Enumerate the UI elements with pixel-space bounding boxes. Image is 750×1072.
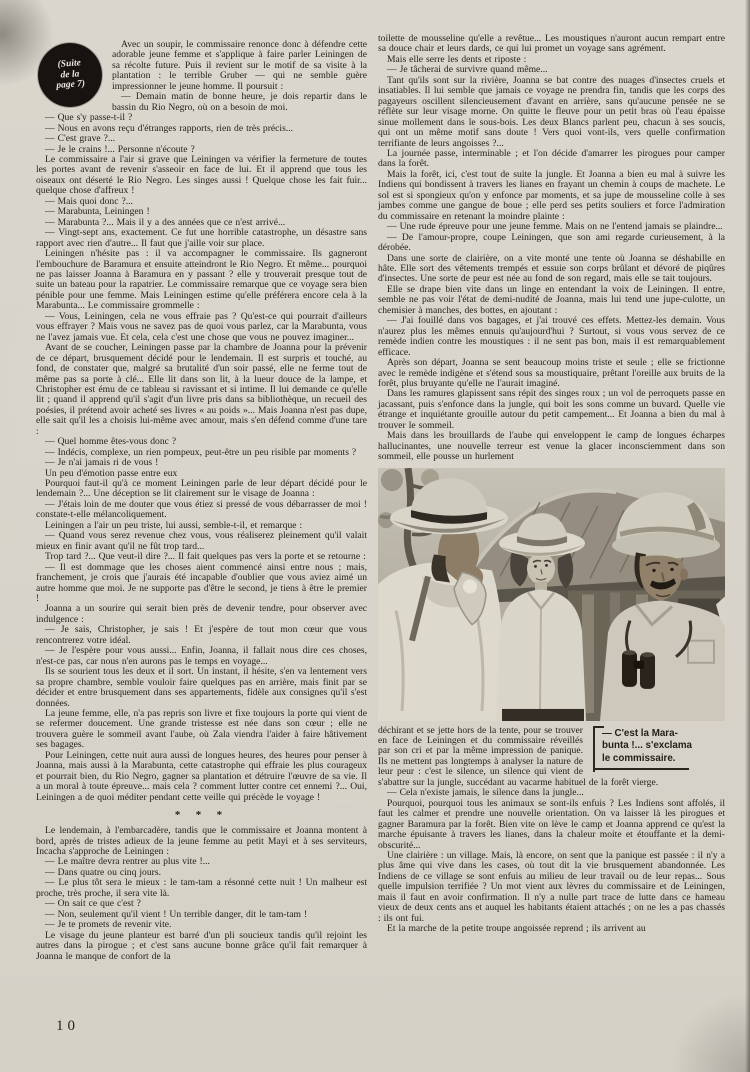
below-photo-block: — C'est la Mara-bunta !... s'exclamale c… <box>378 726 725 789</box>
paragraph: Tant qu'ils sont sur la rivière, Joanna … <box>378 76 725 149</box>
paragraph: La jeune femme, elle, n'a pas repris son… <box>36 709 367 751</box>
paragraph: Et la marche de la petite troupe angoiss… <box>378 924 725 934</box>
paragraph: Elle se drape bien vite dans un linge en… <box>378 285 725 316</box>
left-column: (Suitede lapage 7) Avec un soupir, le co… <box>36 40 367 962</box>
badge-line: (Suite <box>55 58 84 70</box>
caption-lines: — C'est la Mara-bunta !... s'exclamale c… <box>602 728 722 766</box>
paragraph: — Quand vous serez revenue chez vous, vo… <box>36 531 367 552</box>
paragraph: Mais la forêt, ici, c'est tout de suite … <box>378 170 725 222</box>
caption-line: bunta !... s'exclama <box>602 740 722 753</box>
paragraph: — Je l'espère pour vous aussi... Enfin, … <box>36 646 367 667</box>
jungle-explorers-photo <box>378 468 725 721</box>
paragraph: La journée passe, interminable ; et l'on… <box>378 149 725 170</box>
paragraph: — J'étais loin de me douter que vous éti… <box>36 500 367 521</box>
photo-left-man <box>378 478 508 721</box>
left-paragraph-list: — Demain matin de bonne heure, je dois r… <box>36 92 367 962</box>
photo-caption: — C'est la Mara-bunta !... s'exclamale c… <box>593 727 722 773</box>
paragraph: Mais dans les brouillards de l'aube qui … <box>378 431 725 462</box>
paragraph: — Je n'ai jamais ri de vous ! <box>36 458 367 468</box>
caption-line: — C'est la Mara- <box>602 728 722 741</box>
paragraph: — Vingt-sept ans, exactement. Ce fut une… <box>36 228 367 249</box>
badge-line: page 7) <box>56 79 85 91</box>
paragraph: Une clairière : un village. Mais, là enc… <box>378 851 725 924</box>
paragraph: Pour Leiningen, cette nuit aura aussi de… <box>36 751 367 803</box>
first-paragraph-wrap: (Suitede lapage 7) Avec un soupir, le co… <box>36 40 367 92</box>
paragraph: — Le plus tôt sera le mieux : le tam-tam… <box>36 878 367 899</box>
paragraph: — J'ai fouillé dans vos bagages, et j'ai… <box>378 316 725 358</box>
paragraph: * * * <box>36 803 367 826</box>
paragraph: Leiningen n'hésite pas : il va accompagn… <box>36 249 367 312</box>
right-column: toilette de mousseline qu'elle a revêtue… <box>378 34 725 935</box>
paragraph: Le commissaire a l'air si grave que Lein… <box>36 155 367 197</box>
right-paragraph-list-top: toilette de mousseline qu'elle a revêtue… <box>378 34 725 463</box>
paragraph: — De l'amour-propre, coupe Leiningen, qu… <box>378 233 725 254</box>
paragraph: Pourquoi faut-il qu'à ce moment Leininge… <box>36 479 367 500</box>
paragraph: toilette de mousseline qu'elle a revêtue… <box>378 34 725 55</box>
paragraph: Avant de se coucher, Leiningen passe par… <box>36 343 367 437</box>
paragraph: Le lendemain, à l'embarcadère, tandis qu… <box>36 826 367 857</box>
caption-line: le commissaire. <box>602 753 722 766</box>
paragraph: Après son départ, Joanna se sent beaucou… <box>378 358 725 389</box>
paragraph: Dans les ramures glapissent sans répit d… <box>378 389 725 431</box>
paragraph: — C'est grave ?... <box>36 134 367 144</box>
badge-lines: (Suitede lapage 7) <box>55 58 86 91</box>
paragraph: Dans une sorte de clairière, on a vite m… <box>378 254 725 285</box>
photo-woman <box>496 513 586 721</box>
paragraph: Le visage du jeune planteur est barré d'… <box>36 931 367 962</box>
paragraph: Pourquoi, pourquoi tous les animaux se s… <box>378 799 725 851</box>
paragraph: — Vous, Leiningen, cela ne vous effraie … <box>36 312 367 343</box>
magazine-page: (Suitede lapage 7) Avec un soupir, le co… <box>0 0 750 1072</box>
page-number: 10 <box>56 1018 79 1035</box>
paragraph: Joanna a un sourire qui serait bien près… <box>36 604 367 625</box>
paragraph: — Je sais, Christopher, je sais ! Et j'e… <box>36 625 367 646</box>
paragraph: — Il est dommage que les choses aient co… <box>36 563 367 605</box>
paragraph: Ils se sourient tous les deux et il sort… <box>36 667 367 709</box>
right-paragraph-list-bottom: — Cela n'existe jamais, le silence dans … <box>378 788 725 934</box>
